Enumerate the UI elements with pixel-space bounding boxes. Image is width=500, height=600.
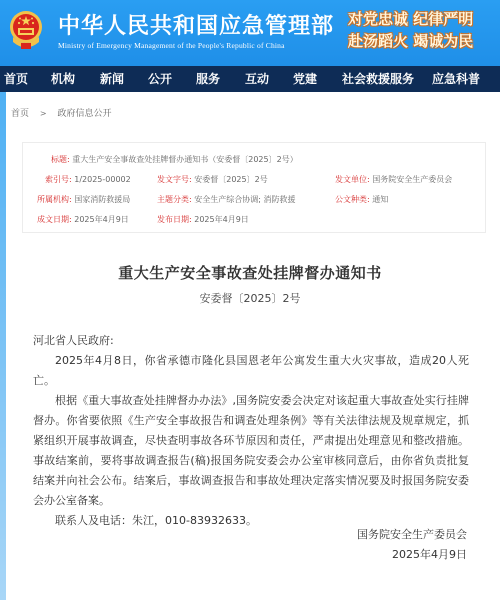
nav-item-science[interactable]: 应急科普 [432,66,480,92]
national-emblem-icon[interactable] [8,9,44,53]
site-header: 中华人民共和国应急管理部 Ministry of Emergency Manag… [0,0,500,66]
nav-item-social-rescue[interactable]: 社会救援服务 [342,66,414,92]
signature-date: 2025年4月9日 [357,545,467,565]
meta-issuer-value: 国务院安全生产委员会 [372,175,452,184]
signature-org: 国务院安全生产委员会 [357,525,467,545]
document-title: 重大生产安全事故查处挂牌督办通知书 [0,262,500,283]
meta-title-value: 重大生产安全事故查处挂牌督办通知书（安委督〔2025〕2号） [72,155,297,164]
document-paragraph: 根据《重大事故查处挂牌督办办法》,国务院安委会决定对该起重大事故查处实行挂牌督办… [33,391,469,511]
meta-published-label: 发布日期: [157,215,192,224]
site-title[interactable]: 中华人民共和国应急管理部 [58,9,334,40]
meta-published-date: 发布日期: 2025年4月9日 [157,214,249,225]
meta-index-label: 索引号: [45,175,72,184]
slogan-line-2: 赴汤蹈火 竭诚为民 [348,30,496,52]
breadcrumb-current[interactable]: 政府信息公开 [57,109,111,119]
meta-index: 索引号: 1/2025-00002 [45,174,131,185]
meta-written-value: 2025年4月9日 [74,215,129,224]
document-paragraph: 2025年4月8日，你省承德市隆化县国恩老年公寓发生重大火灾事故，造成20人死亡… [33,351,469,391]
breadcrumb-home[interactable]: 首页 [11,109,29,119]
nav-item-public-info[interactable]: 公开 [148,66,172,92]
site-subtitle: Ministry of Emergency Management of the … [58,41,285,50]
nav-item-services[interactable]: 服务 [196,66,220,92]
meta-type-value: 通知 [372,195,388,204]
meta-doc-no-label: 发文字号: [157,175,192,184]
meta-topic-label: 主题分类: [157,195,192,204]
meta-written-date: 成文日期: 2025年4月9日 [37,214,129,225]
meta-published-value: 2025年4月9日 [194,215,249,224]
breadcrumb: 首页 > 政府信息公开 [11,106,111,119]
meta-issuer-label: 发文单位: [335,175,370,184]
meta-index-value: 1/2025-00002 [74,175,130,184]
document-signature: 国务院安全生产委员会 2025年4月9日 [357,525,467,565]
meta-org: 所属机构: 国家消防救援局 [37,194,130,205]
document-number: 安委督〔2025〕2号 [0,290,500,306]
meta-org-label: 所属机构: [37,195,72,204]
breadcrumb-separator: > [40,109,47,118]
meta-doc-no: 发文字号: 安委督〔2025〕2号 [157,174,268,185]
meta-written-label: 成文日期: [37,215,72,224]
meta-issuer: 发文单位: 国务院安全生产委员会 [335,174,452,185]
nav-item-party-building[interactable]: 党建 [293,66,317,92]
document-salutation: 河北省人民政府: [33,331,469,351]
document-body: 河北省人民政府: 2025年4月8日，你省承德市隆化县国恩老年公寓发生重大火灾事… [33,331,469,531]
meta-type: 公文种类: 通知 [335,194,388,205]
main-nav: 首页 机构 新闻 公开 服务 互动 党建 社会救援服务 应急科普 [0,66,500,92]
slogan-line-1: 对党忠诚 纪律严明 [348,8,496,30]
nav-item-home[interactable]: 首页 [4,66,28,92]
left-accent-strip [0,92,6,600]
meta-topic: 主题分类: 安全生产综合协调; 消防救援 [157,194,296,205]
document-meta-box: 标题: 重大生产安全事故查处挂牌督办通知书（安委督〔2025〕2号） 索引号: … [22,142,486,233]
slogan-banner: 对党忠诚 纪律严明 赴汤蹈火 竭诚为民 [348,8,496,52]
meta-title: 标题: 重大生产安全事故查处挂牌督办通知书（安委督〔2025〕2号） [51,154,298,165]
meta-topic-value: 安全生产综合协调; 消防救援 [194,195,295,204]
meta-org-value: 国家消防救援局 [74,195,130,204]
nav-item-interaction[interactable]: 互动 [245,66,269,92]
meta-type-label: 公文种类: [335,195,370,204]
nav-item-organization[interactable]: 机构 [51,66,75,92]
nav-item-news[interactable]: 新闻 [100,66,124,92]
meta-doc-no-value: 安委督〔2025〕2号 [194,175,267,184]
meta-title-label: 标题: [51,155,70,164]
